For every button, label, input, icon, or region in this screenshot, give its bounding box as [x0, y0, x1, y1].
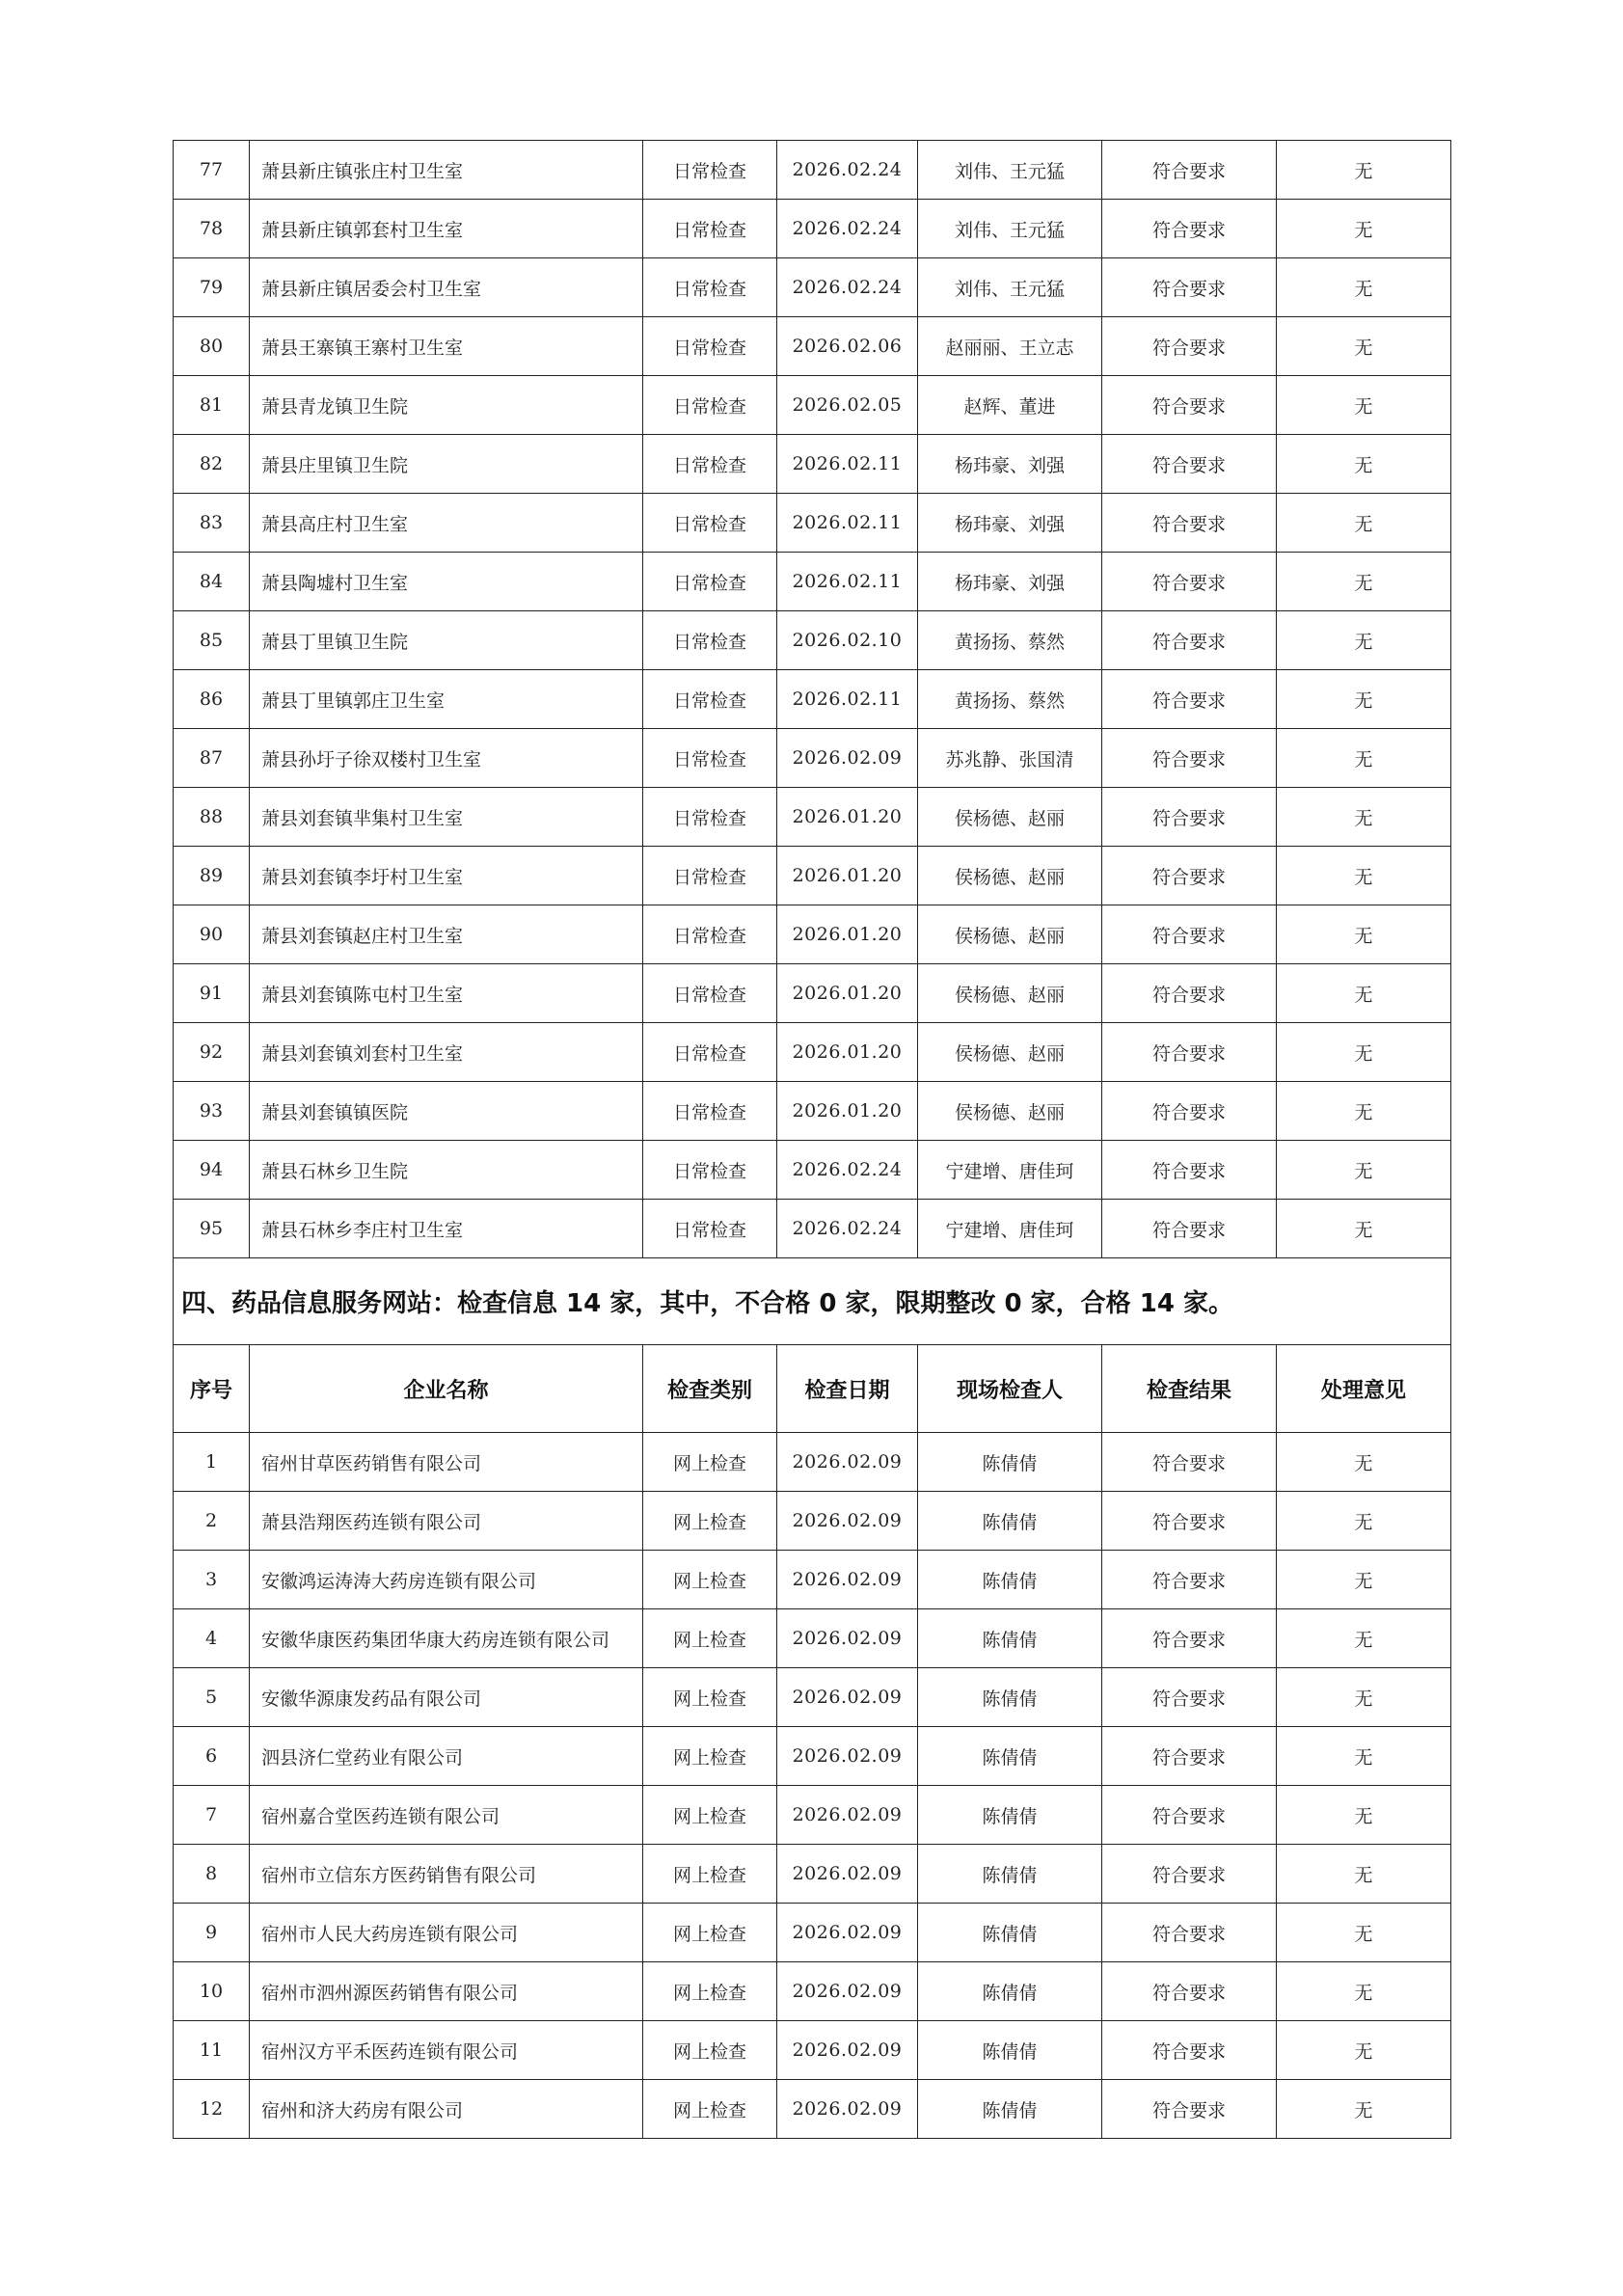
cell-no: 87	[174, 729, 250, 788]
website-inspection-rows: 1宿州甘草医药销售有限公司网上检查2026.02.09陈倩倩符合要求无2萧县浩翔…	[174, 1433, 1451, 2139]
table-row: 95萧县石林乡李庄村卫生室日常检查2026.02.24宁建增、唐佳珂符合要求无	[174, 1200, 1451, 1258]
table-row: 12宿州和济大药房有限公司网上检查2026.02.09陈倩倩符合要求无	[174, 2080, 1451, 2139]
cell-no: 84	[174, 553, 250, 611]
cell-opinion: 无	[1277, 788, 1451, 847]
cell-opinion: 无	[1277, 905, 1451, 964]
cell-no: 81	[174, 376, 250, 435]
cell-enterprise-name: 宿州甘草医药销售有限公司	[250, 1433, 643, 1492]
table-row: 78萧县新庄镇郭套村卫生室日常检查2026.02.24刘伟、王元猛符合要求无	[174, 200, 1451, 258]
table-row: 1宿州甘草医药销售有限公司网上检查2026.02.09陈倩倩符合要求无	[174, 1433, 1451, 1492]
cell-check-date: 2026.02.24	[777, 141, 918, 200]
table-row: 82萧县庄里镇卫生院日常检查2026.02.11杨玮豪、刘强符合要求无	[174, 435, 1451, 494]
cell-check-date: 2026.02.09	[777, 1668, 918, 1727]
cell-check-type: 日常检查	[643, 611, 777, 670]
cell-no: 3	[174, 1551, 250, 1609]
cell-inspectors: 陈倩倩	[918, 1962, 1102, 2021]
table-row: 5安徽华源康发药品有限公司网上检查2026.02.09陈倩倩符合要求无	[174, 1668, 1451, 1727]
cell-no: 4	[174, 1609, 250, 1668]
cell-result: 符合要求	[1102, 1962, 1277, 2021]
cell-no: 82	[174, 435, 250, 494]
cell-result: 符合要求	[1102, 670, 1277, 729]
cell-enterprise-name: 萧县新庄镇居委会村卫生室	[250, 258, 643, 317]
cell-opinion: 无	[1277, 1962, 1451, 2021]
cell-check-type: 网上检查	[643, 1904, 777, 1962]
cell-inspectors: 杨玮豪、刘强	[918, 494, 1102, 553]
cell-check-date: 2026.02.10	[777, 611, 918, 670]
cell-enterprise-name: 萧县新庄镇郭套村卫生室	[250, 200, 643, 258]
cell-enterprise-name: 宿州市人民大药房连锁有限公司	[250, 1904, 643, 1962]
cell-check-type: 日常检查	[643, 1023, 777, 1082]
cell-result: 符合要求	[1102, 258, 1277, 317]
cell-check-date: 2026.02.09	[777, 729, 918, 788]
cell-check-date: 2026.02.06	[777, 317, 918, 376]
cell-no: 89	[174, 847, 250, 905]
cell-inspectors: 黄扬扬、蔡然	[918, 611, 1102, 670]
cell-check-type: 日常检查	[643, 788, 777, 847]
cell-result: 符合要求	[1102, 1904, 1277, 1962]
cell-check-type: 日常检查	[643, 847, 777, 905]
cell-inspectors: 侯杨德、赵丽	[918, 964, 1102, 1023]
cell-check-date: 2026.01.20	[777, 847, 918, 905]
cell-enterprise-name: 萧县石林乡李庄村卫生室	[250, 1200, 643, 1258]
cell-check-type: 日常检查	[643, 729, 777, 788]
cell-no: 90	[174, 905, 250, 964]
cell-check-date: 2026.02.11	[777, 553, 918, 611]
cell-no: 95	[174, 1200, 250, 1258]
table-row: 91萧县刘套镇陈屯村卫生室日常检查2026.01.20侯杨德、赵丽符合要求无	[174, 964, 1451, 1023]
cell-opinion: 无	[1277, 1551, 1451, 1609]
cell-result: 符合要求	[1102, 1492, 1277, 1551]
cell-enterprise-name: 宿州和济大药房有限公司	[250, 2080, 643, 2139]
table-row: 81萧县青龙镇卫生院日常检查2026.02.05赵辉、董进符合要求无	[174, 376, 1451, 435]
cell-result: 符合要求	[1102, 1551, 1277, 1609]
table-row: 10宿州市泗州源医药销售有限公司网上检查2026.02.09陈倩倩符合要求无	[174, 1962, 1451, 2021]
cell-check-type: 日常检查	[643, 141, 777, 200]
cell-result: 符合要求	[1102, 2021, 1277, 2080]
cell-no: 11	[174, 2021, 250, 2080]
cell-check-date: 2026.02.11	[777, 670, 918, 729]
cell-check-type: 日常检查	[643, 1141, 777, 1200]
cell-inspectors: 宁建增、唐佳珂	[918, 1141, 1102, 1200]
cell-check-type: 日常检查	[643, 435, 777, 494]
cell-no: 78	[174, 200, 250, 258]
table-row: 93萧县刘套镇镇医院日常检查2026.01.20侯杨德、赵丽符合要求无	[174, 1082, 1451, 1141]
cell-check-type: 日常检查	[643, 376, 777, 435]
cell-opinion: 无	[1277, 2021, 1451, 2080]
cell-no: 80	[174, 317, 250, 376]
cell-inspectors: 陈倩倩	[918, 1786, 1102, 1845]
cell-enterprise-name: 萧县刘套镇赵庄村卫生室	[250, 905, 643, 964]
cell-result: 符合要求	[1102, 1200, 1277, 1258]
table-row: 77萧县新庄镇张庄村卫生室日常检查2026.02.24刘伟、王元猛符合要求无	[174, 141, 1451, 200]
cell-opinion: 无	[1277, 611, 1451, 670]
cell-no: 6	[174, 1727, 250, 1786]
cell-check-date: 2026.02.09	[777, 2080, 918, 2139]
section-heading-row: 四、药品信息服务网站：检查信息 14 家，其中，不合格 0 家，限期整改 0 家…	[174, 1258, 1451, 1345]
cell-opinion: 无	[1277, 670, 1451, 729]
cell-enterprise-name: 萧县高庄村卫生室	[250, 494, 643, 553]
cell-check-type: 日常检查	[643, 317, 777, 376]
cell-inspectors: 陈倩倩	[918, 2080, 1102, 2139]
cell-inspectors: 赵丽丽、王立志	[918, 317, 1102, 376]
table-row: 4安徽华康医药集团华康大药房连锁有限公司网上检查2026.02.09陈倩倩符合要…	[174, 1609, 1451, 1668]
cell-enterprise-name: 萧县新庄镇张庄村卫生室	[250, 141, 643, 200]
cell-inspectors: 陈倩倩	[918, 1904, 1102, 1962]
cell-result: 符合要求	[1102, 494, 1277, 553]
cell-enterprise-name: 宿州嘉合堂医药连锁有限公司	[250, 1786, 643, 1845]
cell-opinion: 无	[1277, 1082, 1451, 1141]
cell-no: 5	[174, 1668, 250, 1727]
cell-opinion: 无	[1277, 317, 1451, 376]
cell-opinion: 无	[1277, 553, 1451, 611]
cell-enterprise-name: 宿州汉方平禾医药连锁有限公司	[250, 2021, 643, 2080]
cell-no: 77	[174, 141, 250, 200]
cell-no: 9	[174, 1904, 250, 1962]
table-row: 3安徽鸿运涛涛大药房连锁有限公司网上检查2026.02.09陈倩倩符合要求无	[174, 1551, 1451, 1609]
cell-opinion: 无	[1277, 376, 1451, 435]
table-row: 86萧县丁里镇郭庄卫生室日常检查2026.02.11黄扬扬、蔡然符合要求无	[174, 670, 1451, 729]
cell-result: 符合要求	[1102, 729, 1277, 788]
cell-result: 符合要求	[1102, 964, 1277, 1023]
table-row: 89萧县刘套镇李圩村卫生室日常检查2026.01.20侯杨德、赵丽符合要求无	[174, 847, 1451, 905]
cell-inspectors: 宁建增、唐佳珂	[918, 1200, 1102, 1258]
cell-enterprise-name: 萧县丁里镇郭庄卫生室	[250, 670, 643, 729]
cell-inspectors: 陈倩倩	[918, 1609, 1102, 1668]
cell-opinion: 无	[1277, 1904, 1451, 1962]
cell-enterprise-name: 萧县王寨镇王寨村卫生室	[250, 317, 643, 376]
cell-no: 79	[174, 258, 250, 317]
table-row: 8宿州市立信东方医药销售有限公司网上检查2026.02.09陈倩倩符合要求无	[174, 1845, 1451, 1904]
cell-check-type: 日常检查	[643, 258, 777, 317]
cell-no: 7	[174, 1786, 250, 1845]
cell-check-type: 日常检查	[643, 964, 777, 1023]
cell-inspectors: 刘伟、王元猛	[918, 258, 1102, 317]
cell-inspectors: 杨玮豪、刘强	[918, 435, 1102, 494]
table-row: 79萧县新庄镇居委会村卫生室日常检查2026.02.24刘伟、王元猛符合要求无	[174, 258, 1451, 317]
cell-opinion: 无	[1277, 729, 1451, 788]
table-row: 6泗县济仁堂药业有限公司网上检查2026.02.09陈倩倩符合要求无	[174, 1727, 1451, 1786]
cell-inspectors: 侯杨德、赵丽	[918, 788, 1102, 847]
cell-inspectors: 侯杨德、赵丽	[918, 847, 1102, 905]
cell-check-date: 2026.02.11	[777, 494, 918, 553]
cell-enterprise-name: 萧县刘套镇芈集村卫生室	[250, 788, 643, 847]
cell-check-date: 2026.01.20	[777, 905, 918, 964]
cell-check-type: 网上检查	[643, 1845, 777, 1904]
cell-enterprise-name: 宿州市泗州源医药销售有限公司	[250, 1962, 643, 2021]
table-row: 83萧县高庄村卫生室日常检查2026.02.11杨玮豪、刘强符合要求无	[174, 494, 1451, 553]
cell-check-date: 2026.01.20	[777, 1023, 918, 1082]
cell-result: 符合要求	[1102, 553, 1277, 611]
cell-check-date: 2026.02.11	[777, 435, 918, 494]
cell-opinion: 无	[1277, 1492, 1451, 1551]
cell-inspectors: 刘伟、王元猛	[918, 141, 1102, 200]
cell-opinion: 无	[1277, 1845, 1451, 1904]
cell-inspectors: 陈倩倩	[918, 1492, 1102, 1551]
cell-check-type: 网上检查	[643, 1668, 777, 1727]
cell-inspectors: 侯杨德、赵丽	[918, 1023, 1102, 1082]
cell-enterprise-name: 萧县孙圩子徐双楼村卫生室	[250, 729, 643, 788]
cell-no: 2	[174, 1492, 250, 1551]
table-row: 90萧县刘套镇赵庄村卫生室日常检查2026.01.20侯杨德、赵丽符合要求无	[174, 905, 1451, 964]
cell-result: 符合要求	[1102, 847, 1277, 905]
cell-enterprise-name: 萧县刘套镇李圩村卫生室	[250, 847, 643, 905]
cell-no: 86	[174, 670, 250, 729]
cell-no: 88	[174, 788, 250, 847]
cell-enterprise-name: 安徽鸿运涛涛大药房连锁有限公司	[250, 1551, 643, 1609]
cell-opinion: 无	[1277, 258, 1451, 317]
cell-opinion: 无	[1277, 964, 1451, 1023]
cell-no: 1	[174, 1433, 250, 1492]
cell-result: 符合要求	[1102, 317, 1277, 376]
cell-enterprise-name: 安徽华康医药集团华康大药房连锁有限公司	[250, 1609, 643, 1668]
cell-result: 符合要求	[1102, 1845, 1277, 1904]
cell-enterprise-name: 宿州市立信东方医药销售有限公司	[250, 1845, 643, 1904]
cell-check-date: 2026.02.24	[777, 258, 918, 317]
cell-no: 83	[174, 494, 250, 553]
cell-result: 符合要求	[1102, 788, 1277, 847]
header-name: 企业名称	[250, 1345, 643, 1433]
cell-check-type: 网上检查	[643, 2080, 777, 2139]
section-heading: 四、药品信息服务网站：检查信息 14 家，其中，不合格 0 家，限期整改 0 家…	[174, 1258, 1451, 1345]
cell-result: 符合要求	[1102, 1082, 1277, 1141]
cell-check-type: 网上检查	[643, 1433, 777, 1492]
cell-opinion: 无	[1277, 1727, 1451, 1786]
cell-check-type: 日常检查	[643, 905, 777, 964]
cell-check-type: 网上检查	[643, 2021, 777, 2080]
cell-check-date: 2026.01.20	[777, 1082, 918, 1141]
cell-opinion: 无	[1277, 1609, 1451, 1668]
cell-result: 符合要求	[1102, 376, 1277, 435]
cell-inspectors: 陈倩倩	[918, 1433, 1102, 1492]
cell-no: 10	[174, 1962, 250, 2021]
cell-check-type: 网上检查	[643, 1786, 777, 1845]
cell-check-date: 2026.01.20	[777, 788, 918, 847]
cell-opinion: 无	[1277, 435, 1451, 494]
cell-check-date: 2026.01.20	[777, 964, 918, 1023]
cell-check-date: 2026.02.09	[777, 1845, 918, 1904]
cell-result: 符合要求	[1102, 1141, 1277, 1200]
cell-opinion: 无	[1277, 1668, 1451, 1727]
cell-result: 符合要求	[1102, 141, 1277, 200]
table-row: 87萧县孙圩子徐双楼村卫生室日常检查2026.02.09苏兆静、张国清符合要求无	[174, 729, 1451, 788]
header-type: 检查类别	[643, 1345, 777, 1433]
table-row: 11宿州汉方平禾医药连锁有限公司网上检查2026.02.09陈倩倩符合要求无	[174, 2021, 1451, 2080]
cell-enterprise-name: 萧县陶墟村卫生室	[250, 553, 643, 611]
cell-check-date: 2026.02.09	[777, 1727, 918, 1786]
cell-check-type: 日常检查	[643, 553, 777, 611]
cell-check-date: 2026.02.09	[777, 1786, 918, 1845]
cell-result: 符合要求	[1102, 1023, 1277, 1082]
cell-result: 符合要求	[1102, 435, 1277, 494]
cell-inspectors: 赵辉、董进	[918, 376, 1102, 435]
cell-check-type: 日常检查	[643, 494, 777, 553]
cell-enterprise-name: 萧县石林乡卫生院	[250, 1141, 643, 1200]
header-inspectors: 现场检查人	[918, 1345, 1102, 1433]
cell-inspectors: 陈倩倩	[918, 2021, 1102, 2080]
cell-opinion: 无	[1277, 847, 1451, 905]
cell-opinion: 无	[1277, 1200, 1451, 1258]
cell-check-date: 2026.02.09	[777, 1551, 918, 1609]
cell-inspectors: 陈倩倩	[918, 1845, 1102, 1904]
cell-opinion: 无	[1277, 1786, 1451, 1845]
cell-result: 符合要求	[1102, 905, 1277, 964]
header-result: 检查结果	[1102, 1345, 1277, 1433]
cell-enterprise-name: 萧县丁里镇卫生院	[250, 611, 643, 670]
table-row: 80萧县王寨镇王寨村卫生室日常检查2026.02.06赵丽丽、王立志符合要求无	[174, 317, 1451, 376]
cell-enterprise-name: 萧县刘套镇陈屯村卫生室	[250, 964, 643, 1023]
cell-enterprise-name: 安徽华源康发药品有限公司	[250, 1668, 643, 1727]
table-row: 7宿州嘉合堂医药连锁有限公司网上检查2026.02.09陈倩倩符合要求无	[174, 1786, 1451, 1845]
cell-check-date: 2026.02.09	[777, 1492, 918, 1551]
table-row: 2萧县浩翔医药连锁有限公司网上检查2026.02.09陈倩倩符合要求无	[174, 1492, 1451, 1551]
inspection-table: 77萧县新庄镇张庄村卫生室日常检查2026.02.24刘伟、王元猛符合要求无78…	[173, 140, 1451, 2139]
cell-opinion: 无	[1277, 494, 1451, 553]
cell-check-date: 2026.02.24	[777, 1141, 918, 1200]
cell-check-type: 网上检查	[643, 1727, 777, 1786]
cell-inspectors: 黄扬扬、蔡然	[918, 670, 1102, 729]
cell-result: 符合要求	[1102, 1433, 1277, 1492]
cell-result: 符合要求	[1102, 2080, 1277, 2139]
cell-no: 91	[174, 964, 250, 1023]
cell-opinion: 无	[1277, 2080, 1451, 2139]
header-opinion: 处理意见	[1277, 1345, 1451, 1433]
cell-result: 符合要求	[1102, 1609, 1277, 1668]
cell-check-date: 2026.02.09	[777, 1609, 918, 1668]
cell-no: 85	[174, 611, 250, 670]
cell-check-date: 2026.02.05	[777, 376, 918, 435]
cell-inspectors: 杨玮豪、刘强	[918, 553, 1102, 611]
section-4: 四、药品信息服务网站：检查信息 14 家，其中，不合格 0 家，限期整改 0 家…	[174, 1258, 1451, 1433]
cell-inspectors: 刘伟、王元猛	[918, 200, 1102, 258]
cell-check-date: 2026.02.09	[777, 1433, 918, 1492]
cell-inspectors: 侯杨德、赵丽	[918, 905, 1102, 964]
cell-enterprise-name: 萧县浩翔医药连锁有限公司	[250, 1492, 643, 1551]
header-no: 序号	[174, 1345, 250, 1433]
cell-check-date: 2026.02.09	[777, 2021, 918, 2080]
table-row: 85萧县丁里镇卫生院日常检查2026.02.10黄扬扬、蔡然符合要求无	[174, 611, 1451, 670]
cell-check-date: 2026.02.24	[777, 200, 918, 258]
cell-check-type: 网上检查	[643, 1609, 777, 1668]
cell-opinion: 无	[1277, 1141, 1451, 1200]
cell-result: 符合要求	[1102, 200, 1277, 258]
cell-check-date: 2026.02.24	[777, 1200, 918, 1258]
cell-inspectors: 陈倩倩	[918, 1668, 1102, 1727]
table-row: 9宿州市人民大药房连锁有限公司网上检查2026.02.09陈倩倩符合要求无	[174, 1904, 1451, 1962]
cell-check-type: 日常检查	[643, 1200, 777, 1258]
cell-check-date: 2026.02.09	[777, 1962, 918, 2021]
table-row: 84萧县陶墟村卫生室日常检查2026.02.11杨玮豪、刘强符合要求无	[174, 553, 1451, 611]
cell-opinion: 无	[1277, 1023, 1451, 1082]
cell-enterprise-name: 萧县刘套镇刘套村卫生室	[250, 1023, 643, 1082]
cell-enterprise-name: 萧县刘套镇镇医院	[250, 1082, 643, 1141]
cell-check-type: 网上检查	[643, 1492, 777, 1551]
clinic-inspection-rows: 77萧县新庄镇张庄村卫生室日常检查2026.02.24刘伟、王元猛符合要求无78…	[174, 141, 1451, 1258]
cell-result: 符合要求	[1102, 1786, 1277, 1845]
cell-check-date: 2026.02.09	[777, 1904, 918, 1962]
table-row: 94萧县石林乡卫生院日常检查2026.02.24宁建增、唐佳珂符合要求无	[174, 1141, 1451, 1200]
cell-inspectors: 侯杨德、赵丽	[918, 1082, 1102, 1141]
cell-check-type: 日常检查	[643, 1082, 777, 1141]
cell-opinion: 无	[1277, 1433, 1451, 1492]
cell-no: 94	[174, 1141, 250, 1200]
cell-no: 12	[174, 2080, 250, 2139]
cell-result: 符合要求	[1102, 611, 1277, 670]
cell-inspectors: 陈倩倩	[918, 1551, 1102, 1609]
table-header-row: 序号 企业名称 检查类别 检查日期 现场检查人 检查结果 处理意见	[174, 1345, 1451, 1433]
cell-no: 93	[174, 1082, 250, 1141]
cell-check-type: 网上检查	[643, 1962, 777, 2021]
cell-result: 符合要求	[1102, 1727, 1277, 1786]
cell-enterprise-name: 泗县济仁堂药业有限公司	[250, 1727, 643, 1786]
table-row: 92萧县刘套镇刘套村卫生室日常检查2026.01.20侯杨德、赵丽符合要求无	[174, 1023, 1451, 1082]
cell-check-type: 日常检查	[643, 200, 777, 258]
cell-opinion: 无	[1277, 141, 1451, 200]
cell-no: 8	[174, 1845, 250, 1904]
cell-inspectors: 陈倩倩	[918, 1727, 1102, 1786]
cell-inspectors: 苏兆静、张国清	[918, 729, 1102, 788]
table-row: 88萧县刘套镇芈集村卫生室日常检查2026.01.20侯杨德、赵丽符合要求无	[174, 788, 1451, 847]
cell-check-type: 日常检查	[643, 670, 777, 729]
cell-opinion: 无	[1277, 200, 1451, 258]
header-date: 检查日期	[777, 1345, 918, 1433]
cell-enterprise-name: 萧县青龙镇卫生院	[250, 376, 643, 435]
cell-enterprise-name: 萧县庄里镇卫生院	[250, 435, 643, 494]
cell-check-type: 网上检查	[643, 1551, 777, 1609]
cell-no: 92	[174, 1023, 250, 1082]
document-page: 77萧县新庄镇张庄村卫生室日常检查2026.02.24刘伟、王元猛符合要求无78…	[173, 140, 1450, 2139]
cell-result: 符合要求	[1102, 1668, 1277, 1727]
